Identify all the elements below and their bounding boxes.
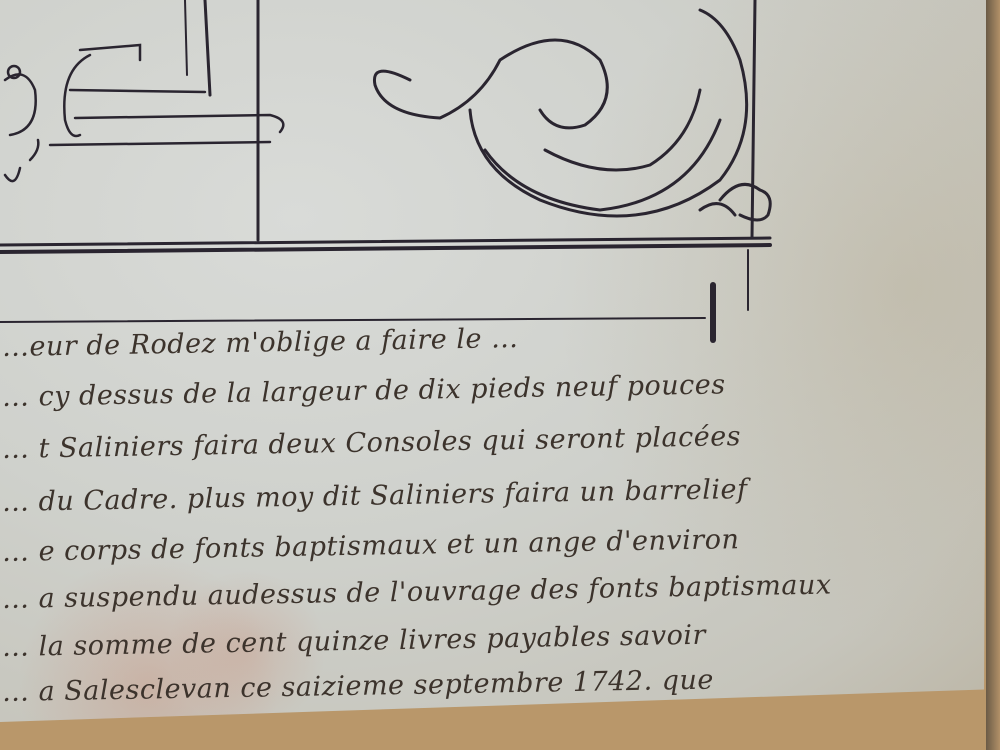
acanthus-scroll — [374, 10, 770, 220]
ornamental-drawing — [0, 0, 1000, 360]
rosette — [5, 66, 38, 181]
console-bracket — [50, 45, 283, 145]
frame-moulding — [0, 238, 770, 245]
